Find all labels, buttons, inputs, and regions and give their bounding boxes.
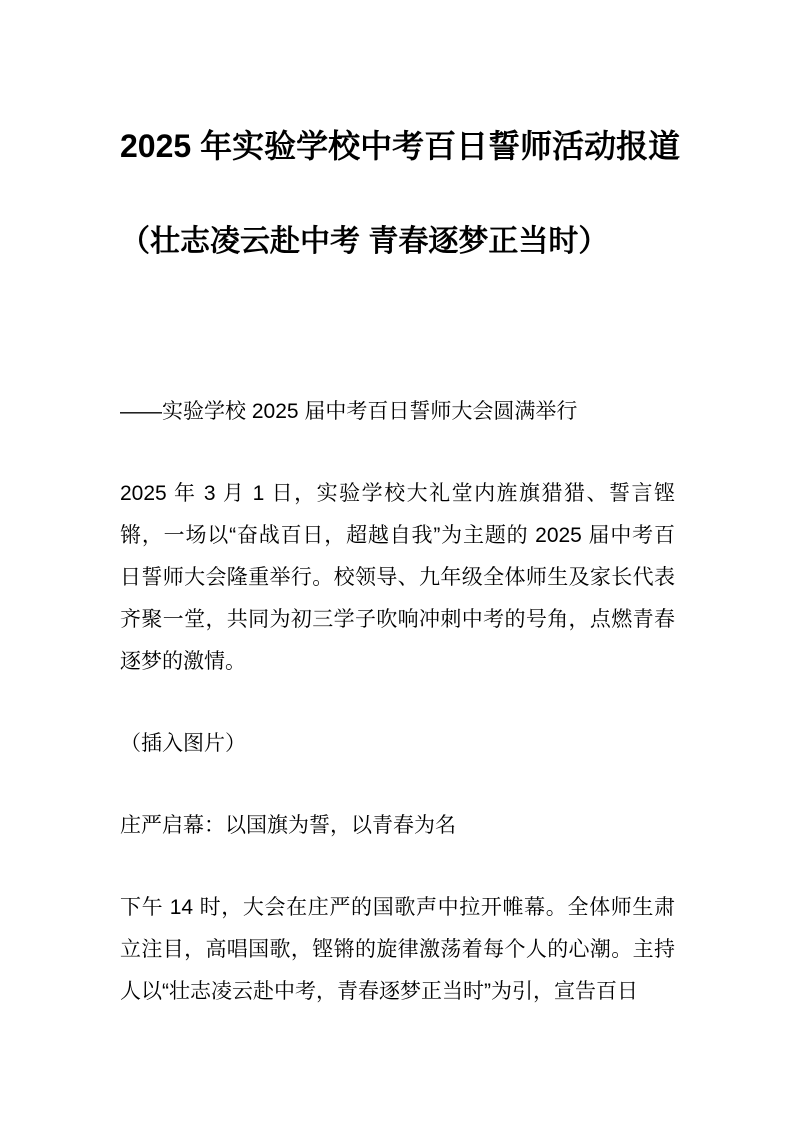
document-page: 2025 年实验学校中考百日誓师活动报道 （壮志凌云赴中考 青春逐梦正当时） —… (0, 0, 793, 1122)
byline: ——实验学校 2025 届中考百日誓师大会圆满举行 (120, 391, 675, 433)
section-paragraph: 下午 14 时，大会在庄严的国歌声中拉开帷幕。全体师生肃立注目，高唱国歌，铿锵的… (120, 887, 675, 1013)
document-subtitle: （壮志凌云赴中考 青春逐梦正当时） (120, 226, 675, 258)
image-placeholder-note: （插入图片） (120, 723, 675, 765)
section-heading: 庄严启幕：以国旗为誓，以青春为名 (120, 805, 675, 847)
intro-paragraph: 2025 年 3 月 1 日，实验学校大礼堂内旌旗猎猎、誓言铿锵，一场以“奋战百… (120, 473, 675, 683)
document-title: 2025 年实验学校中考百日誓师活动报道 (120, 130, 675, 162)
